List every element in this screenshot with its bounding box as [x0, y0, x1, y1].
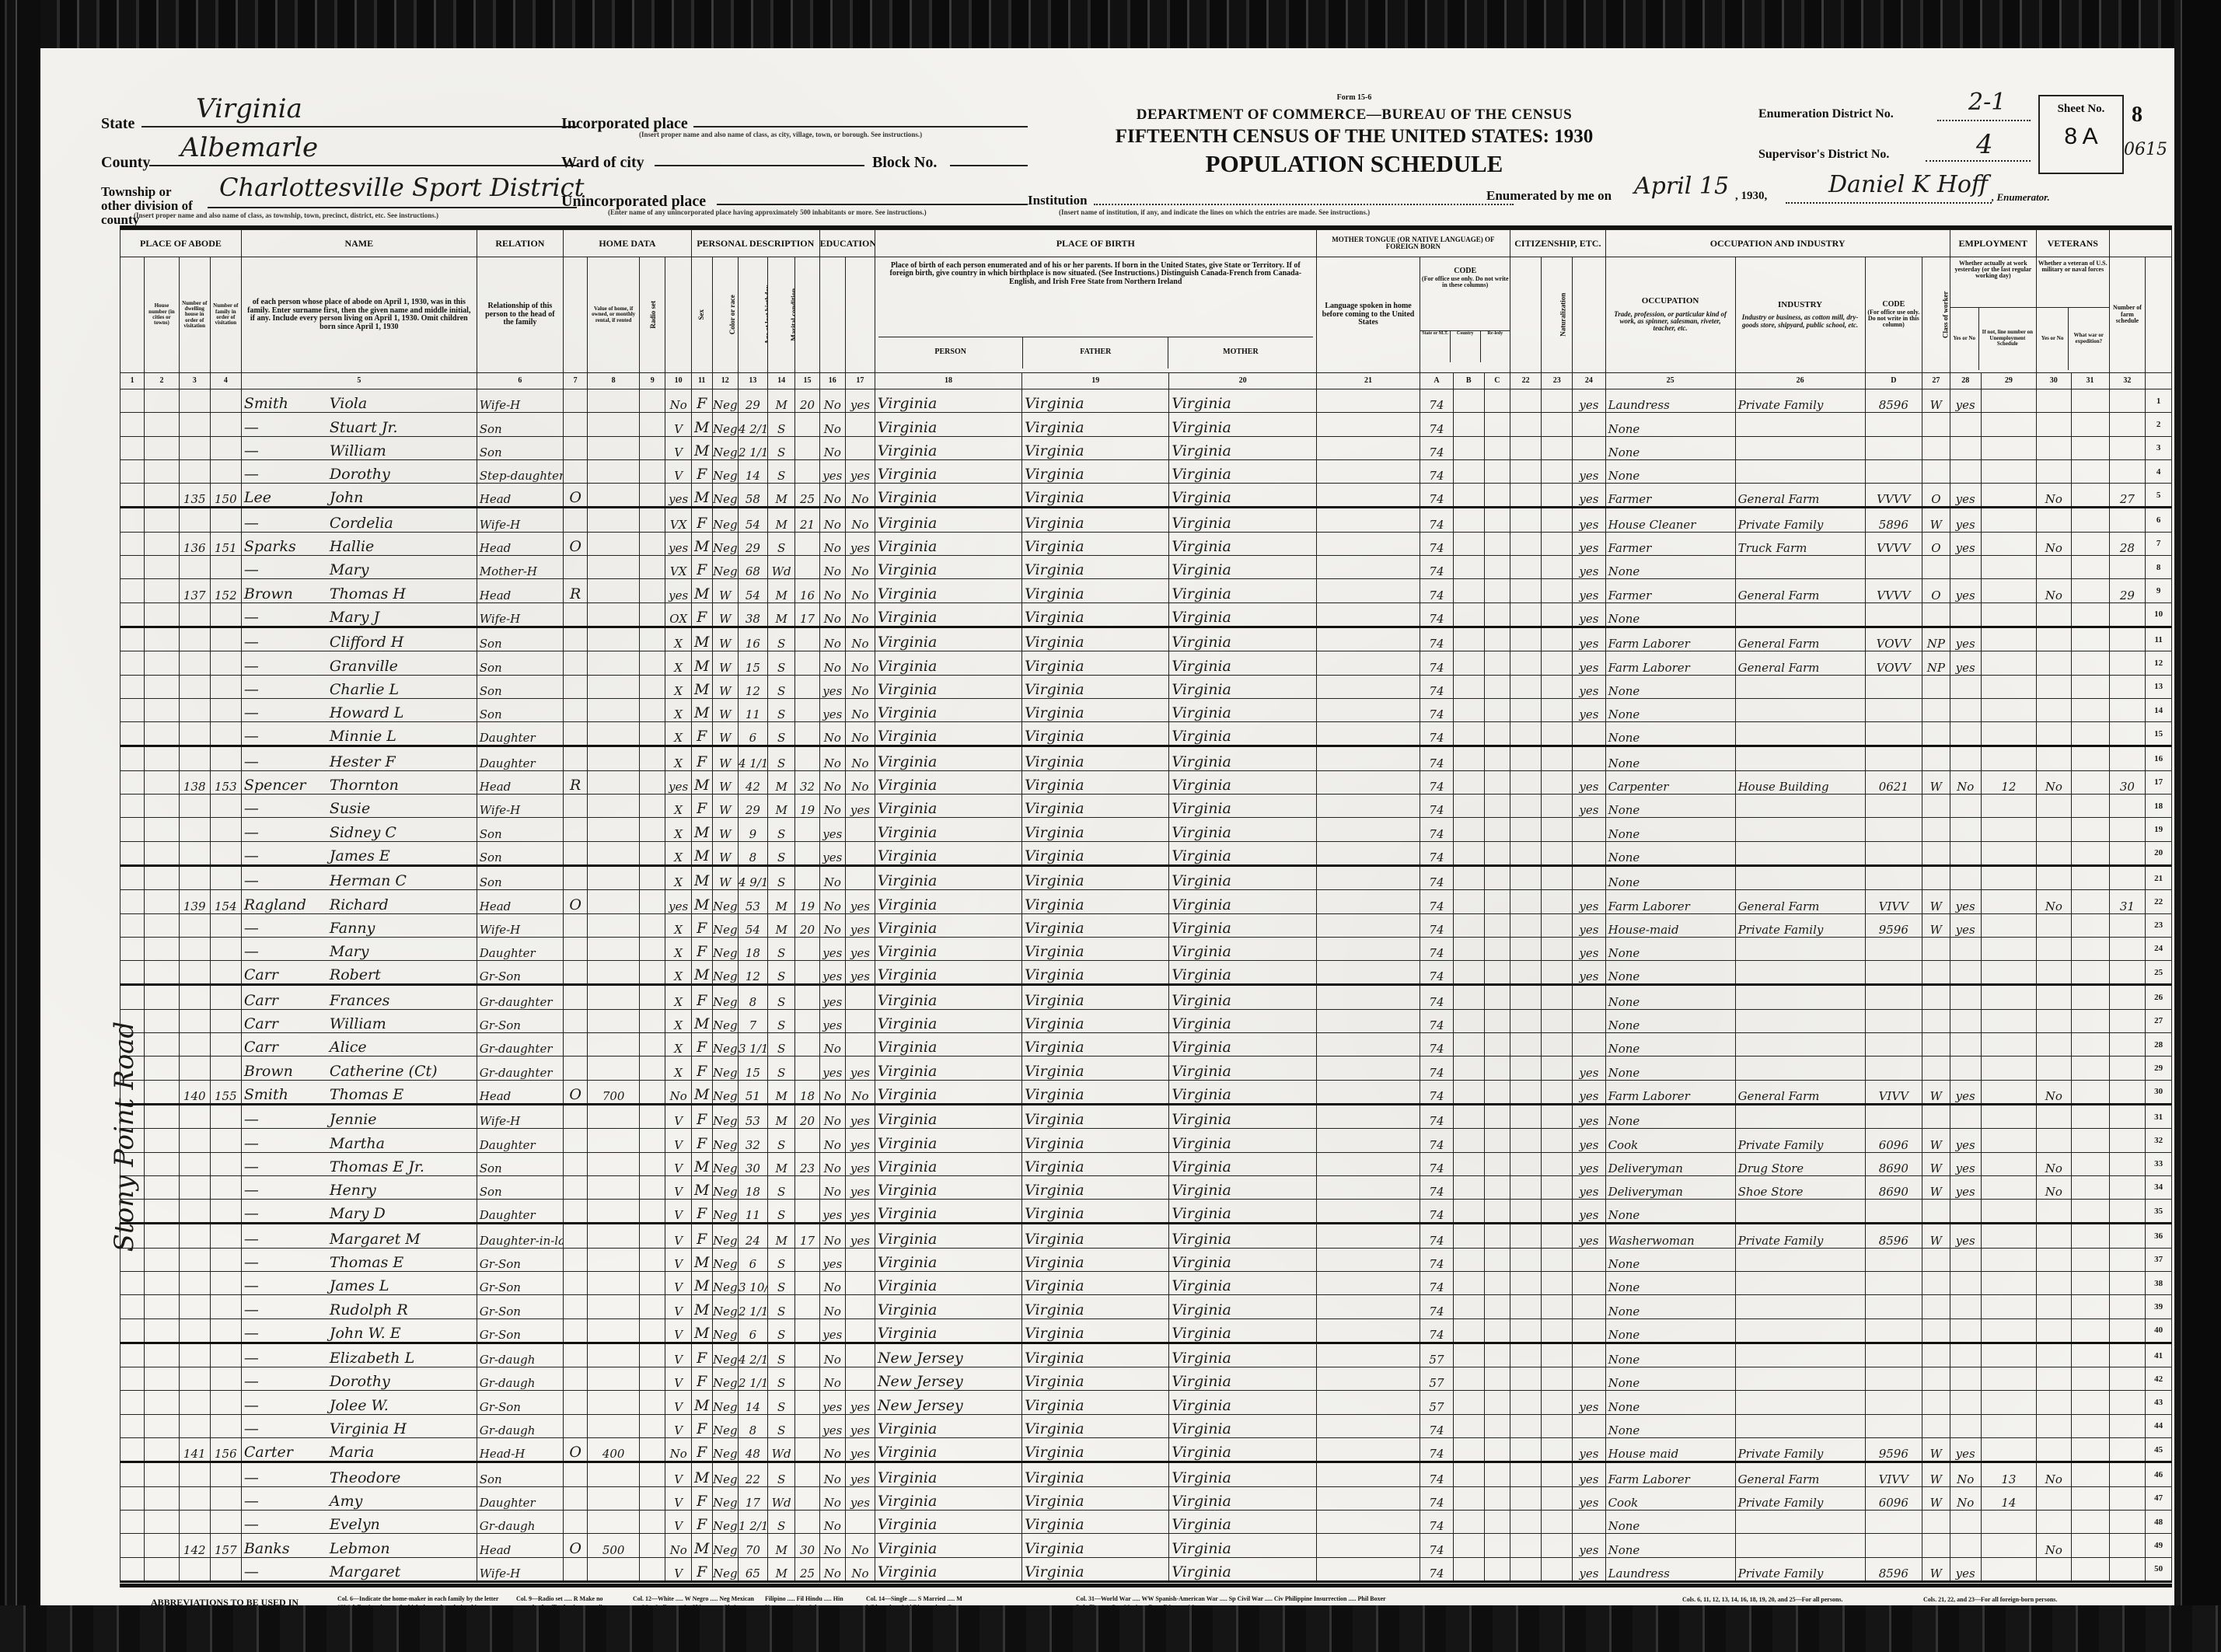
- cell-read-write: No: [846, 508, 875, 532]
- cell-dwelling-number: [179, 413, 210, 436]
- line-number: 49: [2146, 1534, 2172, 1557]
- block-line: [950, 165, 1028, 166]
- cell-war: [2071, 1367, 2109, 1391]
- cell-birthplace-mother: Virginia: [1169, 818, 1316, 841]
- industry-note: Industry or business, as cotton mill, dr…: [1738, 314, 1863, 329]
- cell-war: [2071, 627, 2109, 651]
- cell-birthplace-father: Virginia: [1022, 961, 1169, 985]
- cell-war: [2071, 1248, 2109, 1271]
- cell-family-number: [210, 1367, 241, 1391]
- cell-radio: [640, 1391, 665, 1414]
- cell-code-d: 8596: [1865, 389, 1922, 413]
- cell-occupation: Washerwoman: [1605, 1224, 1735, 1248]
- cell-unemployment-line: [1981, 841, 2036, 865]
- cell-code-b: [1453, 1175, 1484, 1199]
- given-name: Thomas E Jr.: [330, 1158, 424, 1175]
- column-number: D: [1865, 373, 1922, 389]
- cell-marital: Wd: [767, 1486, 795, 1510]
- cell-home-tenure: [564, 1557, 588, 1581]
- cell-language: [1316, 651, 1420, 675]
- cell-read-write: No: [846, 1534, 875, 1557]
- cell-immigration-year: [1510, 985, 1542, 1009]
- surname: —: [244, 1254, 330, 1271]
- cell-code-d: [1865, 1510, 1922, 1533]
- cell-farm: V: [665, 1557, 691, 1581]
- cell-farm: X: [665, 675, 691, 698]
- cell-school: No: [819, 1129, 845, 1152]
- cell-unemployment-line: [1981, 937, 2036, 960]
- cell-relation: Son: [477, 1175, 563, 1199]
- cell-marital: M: [767, 1080, 795, 1104]
- cell-birthplace-father: Virginia: [1022, 556, 1169, 579]
- cell-race: Neg: [712, 484, 738, 508]
- cell-farm-schedule: [2109, 1510, 2146, 1533]
- scan-border-left: [0, 0, 40, 1652]
- cell-dwelling-number: [179, 746, 210, 770]
- form-number: Form 15-6: [1059, 93, 1650, 102]
- cell-war: [2071, 841, 2109, 865]
- cell-code-d: VIVV: [1865, 1080, 1922, 1104]
- cell-street: [120, 1152, 145, 1175]
- cell-sex: M: [691, 579, 712, 602]
- cell-occupation: House maid: [1605, 1438, 1735, 1462]
- cell-veteran: [2037, 937, 2072, 960]
- cell-age: 2 1/12: [738, 436, 767, 459]
- cell-relation: Gr-Son: [477, 1295, 563, 1318]
- cell-race: Neg: [712, 1295, 738, 1318]
- cell-speak-english: [1573, 1295, 1605, 1318]
- cell-birthplace-mother: Virginia: [1169, 1224, 1316, 1248]
- cell-farm: V: [665, 436, 691, 459]
- cell-naturalization: [1542, 1080, 1573, 1104]
- cell-at-work: [1950, 1295, 1981, 1318]
- cell-home-tenure: [564, 865, 588, 889]
- surname: Smith: [244, 395, 330, 412]
- cell-house: [145, 722, 180, 746]
- cell-person-name: —Rudolph R: [241, 1295, 477, 1318]
- surname: —: [244, 847, 330, 864]
- cell-house: [145, 1486, 180, 1510]
- cell-birthplace-person: Virginia: [875, 627, 1021, 651]
- cell-code-b: [1453, 818, 1484, 841]
- cell-person-name: —James L: [241, 1271, 477, 1294]
- cell-occupation: Laundress: [1605, 389, 1735, 413]
- cell-house: [145, 532, 180, 555]
- cell-birthplace-father: Virginia: [1022, 532, 1169, 555]
- cell-age-at-marriage: 30: [795, 1534, 819, 1557]
- cell-farm: yes: [665, 579, 691, 602]
- cell-class-of-worker: W: [1922, 1129, 1950, 1152]
- cell-age-at-marriage: [795, 413, 819, 436]
- cell-read-write: [846, 865, 875, 889]
- cell-family-number: [210, 865, 241, 889]
- cell-farm-schedule: [2109, 795, 2146, 818]
- cell-industry: Private Family: [1735, 1557, 1865, 1581]
- cell-relation: Gr-Son: [477, 1248, 563, 1271]
- cell-race: Neg: [712, 1009, 738, 1032]
- cell-immigration-year: [1510, 698, 1542, 721]
- cell-naturalization: [1542, 389, 1573, 413]
- cell-house: [145, 890, 180, 913]
- cell-age: 48: [738, 1438, 767, 1462]
- cell-farm-schedule: [2109, 1129, 2146, 1152]
- cell-family-number: [210, 1462, 241, 1486]
- cell-occupation: None: [1605, 1104, 1735, 1128]
- cell-naturalization: [1542, 1175, 1573, 1199]
- cell-war: [2071, 1080, 2109, 1104]
- cell-home-tenure: [564, 1200, 588, 1224]
- cell-immigration-year: [1510, 1200, 1542, 1224]
- cell-farm: V: [665, 1271, 691, 1294]
- cell-immigration-year: [1510, 602, 1542, 627]
- cell-home-tenure: [564, 1009, 588, 1032]
- cell-house: [145, 1175, 180, 1199]
- cell-speak-english: yes: [1573, 1080, 1605, 1104]
- cell-occupation: None: [1605, 722, 1735, 746]
- cell-at-work: [1950, 937, 1981, 960]
- cell-radio: [640, 1414, 665, 1437]
- cell-code-a: 74: [1420, 1271, 1453, 1294]
- col-street: Street, avenue, road, etc.: [120, 257, 145, 373]
- cell-birthplace-person: Virginia: [875, 746, 1021, 770]
- line-number: 33: [2146, 1152, 2172, 1175]
- cell-sex: M: [691, 1080, 712, 1104]
- cell-occupation: None: [1605, 1057, 1735, 1080]
- cell-age: 18: [738, 1175, 767, 1199]
- cell-school: yes: [819, 841, 845, 865]
- cell-age: 53: [738, 1104, 767, 1128]
- cell-farm: X: [665, 841, 691, 865]
- cell-relation: Daughter: [477, 722, 563, 746]
- occupation-title: OCCUPATION: [1608, 297, 1733, 306]
- cell-class-of-worker: [1922, 1391, 1950, 1414]
- cell-industry: Private Family: [1735, 508, 1865, 532]
- surname: Carter: [244, 1444, 330, 1461]
- cell-birthplace-father: Virginia: [1022, 722, 1169, 746]
- cell-race: Neg: [712, 1200, 738, 1224]
- cell-at-work: [1950, 1248, 1981, 1271]
- cell-speak-english: yes: [1573, 651, 1605, 675]
- cell-immigration-year: [1510, 841, 1542, 865]
- cell-farm-schedule: [2109, 937, 2146, 960]
- surname: —: [244, 681, 330, 698]
- cell-marital: S: [767, 937, 795, 960]
- column-number: 10: [665, 373, 691, 389]
- surname: —: [244, 1350, 330, 1367]
- cell-code-a: 74: [1420, 1414, 1453, 1437]
- col-dwelling-number: Number of dwelling house in order of vis…: [179, 257, 210, 373]
- cell-farm: V: [665, 1200, 691, 1224]
- cell-family-number: [210, 985, 241, 1009]
- cell-age: 1 2/12: [738, 1510, 767, 1533]
- cell-home-value: [588, 508, 640, 532]
- cell-code-a: 74: [1420, 985, 1453, 1009]
- cell-marital: S: [767, 1295, 795, 1318]
- cell-radio: [640, 1295, 665, 1318]
- cell-language: [1316, 436, 1420, 459]
- cell-read-write: yes: [846, 795, 875, 818]
- cell-class-of-worker: O: [1922, 579, 1950, 602]
- cell-unemployment-line: [1981, 532, 2036, 555]
- cell-naturalization: [1542, 532, 1573, 555]
- cell-home-tenure: [564, 459, 588, 483]
- cell-veteran: [2037, 1486, 2072, 1510]
- cell-marital: M: [767, 770, 795, 794]
- cell-school: No: [819, 1271, 845, 1294]
- cell-naturalization: [1542, 1486, 1573, 1510]
- cell-war: [2071, 795, 2109, 818]
- cell-code-d: [1865, 722, 1922, 746]
- cell-naturalization: [1542, 1129, 1573, 1152]
- cell-read-write: [846, 1248, 875, 1271]
- cell-home-tenure: [564, 602, 588, 627]
- line-number: 26: [2146, 985, 2172, 1009]
- cell-home-value: [588, 1557, 640, 1581]
- cell-person-name: —Clifford H: [241, 627, 477, 651]
- cell-street: [120, 579, 145, 602]
- cell-street: [120, 1486, 145, 1510]
- cell-veteran: No: [2037, 1462, 2072, 1486]
- cell-occupation: None: [1605, 795, 1735, 818]
- cell-relation: Son: [477, 1152, 563, 1175]
- given-name: Minnie L: [330, 728, 396, 745]
- line-number: 13: [2146, 675, 2172, 698]
- cell-veteran: No: [2037, 1534, 2072, 1557]
- cell-immigration-year: [1510, 1438, 1542, 1462]
- cell-age-at-marriage: [795, 746, 819, 770]
- col-father: FATHER: [1023, 337, 1168, 368]
- cell-home-value: [588, 795, 640, 818]
- cell-dwelling-number: [179, 698, 210, 721]
- cell-family-number: [210, 1414, 241, 1437]
- cell-sex: M: [691, 436, 712, 459]
- surname: —: [244, 872, 330, 889]
- cell-age: 6: [738, 722, 767, 746]
- cell-street: [120, 865, 145, 889]
- cell-read-write: yes: [846, 1391, 875, 1414]
- cell-radio: [640, 818, 665, 841]
- cell-birthplace-father: Virginia: [1022, 1200, 1169, 1224]
- cell-at-work: yes: [1950, 1224, 1981, 1248]
- cell-sex: F: [691, 1057, 712, 1080]
- cell-farm-schedule: 30: [2109, 770, 2146, 794]
- cell-occupation: Deliveryman: [1605, 1175, 1735, 1199]
- cell-war: [2071, 1510, 2109, 1533]
- cell-class-of-worker: W: [1922, 1462, 1950, 1486]
- cell-house: [145, 1224, 180, 1248]
- cell-speak-english: yes: [1573, 675, 1605, 698]
- cell-read-write: [846, 1009, 875, 1032]
- cell-age: 30: [738, 1152, 767, 1175]
- cell-code-c: [1484, 818, 1510, 841]
- cell-school: yes: [819, 698, 845, 721]
- cell-home-tenure: [564, 675, 588, 698]
- cell-radio: [640, 1248, 665, 1271]
- cell-at-work: [1950, 818, 1981, 841]
- cell-birthplace-father: Virginia: [1022, 602, 1169, 627]
- cell-birthplace-mother: Virginia: [1169, 770, 1316, 794]
- cell-street: [120, 1343, 145, 1367]
- cell-age: 70: [738, 1534, 767, 1557]
- surname: —: [244, 1373, 330, 1390]
- cell-occupation: Laundress: [1605, 1557, 1735, 1581]
- cell-war: [2071, 913, 2109, 937]
- code-note: (For office use only. Do not write in th…: [1420, 276, 1510, 330]
- cell-house: [145, 1343, 180, 1367]
- cell-immigration-year: [1510, 436, 1542, 459]
- col-employment: Whether actually at work yesterday (or t…: [1950, 257, 2036, 373]
- column-number: 30: [2037, 373, 2072, 389]
- cell-naturalization: [1542, 675, 1573, 698]
- cell-home-tenure: [564, 746, 588, 770]
- cell-at-work: [1950, 698, 1981, 721]
- cell-read-write: No: [846, 722, 875, 746]
- cell-person-name: —Dorothy: [241, 459, 477, 483]
- cell-radio: [640, 389, 665, 413]
- col-birth-note: Place of birth of each person enumerated…: [875, 257, 1316, 373]
- cell-unemployment-line: [1981, 556, 2036, 579]
- cell-class-of-worker: [1922, 1510, 1950, 1533]
- cell-unemployment-line: [1981, 508, 2036, 532]
- cell-language: [1316, 413, 1420, 436]
- cell-farm-schedule: [2109, 459, 2146, 483]
- cell-birthplace-person: Virginia: [875, 985, 1021, 1009]
- cell-house: [145, 579, 180, 602]
- cell-person-name: LeeJohn: [241, 484, 477, 508]
- cell-farm: V: [665, 1295, 691, 1318]
- cell-birthplace-father: Virginia: [1022, 651, 1169, 675]
- table-row: 140155SmithThomas EHeadO700NoMNeg51M18No…: [120, 1080, 2172, 1104]
- cell-code-d: [1865, 1414, 1922, 1437]
- cell-speak-english: [1573, 985, 1605, 1009]
- line-number: 4: [2146, 459, 2172, 483]
- cell-unemployment-line: [1981, 1057, 2036, 1080]
- line-number: 30: [2146, 1080, 2172, 1104]
- cell-birthplace-mother: Virginia: [1169, 484, 1316, 508]
- cell-immigration-year: [1510, 795, 1542, 818]
- cell-birthplace-father: Virginia: [1022, 508, 1169, 532]
- cell-occupation: None: [1605, 602, 1735, 627]
- cell-immigration-year: [1510, 961, 1542, 985]
- cell-birthplace-father: Virginia: [1022, 675, 1169, 698]
- surname: Carr: [244, 1015, 330, 1032]
- given-name: Virginia H: [330, 1420, 407, 1437]
- ward-label: Ward of city: [561, 154, 644, 172]
- cell-birthplace-mother: Virginia: [1169, 746, 1316, 770]
- cell-street: [120, 1391, 145, 1414]
- line-number: 34: [2146, 1175, 2172, 1199]
- cell-birthplace-person: Virginia: [875, 436, 1021, 459]
- surname: Lee: [244, 489, 330, 506]
- cell-read-write: [846, 436, 875, 459]
- cell-school: No: [819, 1080, 845, 1104]
- cell-industry: [1735, 1009, 1865, 1032]
- cell-sex: F: [691, 722, 712, 746]
- cell-veteran: [2037, 841, 2072, 865]
- cell-marital: S: [767, 1367, 795, 1391]
- county-value: Albemarle: [180, 132, 318, 163]
- cell-age-at-marriage: [795, 1295, 819, 1318]
- group-employment: EMPLOYMENT: [1950, 230, 2036, 257]
- cell-code-b: [1453, 508, 1484, 532]
- cell-farm: X: [665, 818, 691, 841]
- cell-home-tenure: [564, 413, 588, 436]
- cell-code-c: [1484, 1129, 1510, 1152]
- cell-family-number: [210, 1295, 241, 1318]
- cell-industry: [1735, 795, 1865, 818]
- line-number: 43: [2146, 1391, 2172, 1414]
- cell-class-of-worker: [1922, 1104, 1950, 1128]
- line-number: 46: [2146, 1462, 2172, 1486]
- cell-birthplace-father: Virginia: [1022, 1080, 1169, 1104]
- cell-veteran: [2037, 722, 2072, 746]
- cell-family-number: [210, 627, 241, 651]
- cell-class-of-worker: [1922, 698, 1950, 721]
- cell-code-d: [1865, 675, 1922, 698]
- cell-relation: Head: [477, 890, 563, 913]
- cell-war: [2071, 890, 2109, 913]
- given-name: John: [330, 489, 364, 506]
- population-table: PLACE OF ABODE NAME RELATION HOME DATA P…: [120, 225, 2172, 1583]
- cell-language: [1316, 1224, 1420, 1248]
- cell-at-work: [1950, 985, 1981, 1009]
- cell-dwelling-number: [179, 818, 210, 841]
- cell-class-of-worker: [1922, 1271, 1950, 1294]
- given-name: Thomas E: [330, 1086, 403, 1103]
- cell-dwelling-number: [179, 1510, 210, 1533]
- cell-immigration-year: [1510, 1557, 1542, 1581]
- col-immigration: Year of immigration to the United States: [1510, 257, 1542, 373]
- cell-race: Neg: [712, 913, 738, 937]
- cell-person-name: —Mary: [241, 556, 477, 579]
- cell-immigration-year: [1510, 1224, 1542, 1248]
- cell-industry: [1735, 722, 1865, 746]
- cell-farm: No: [665, 389, 691, 413]
- column-number: 22: [1510, 373, 1542, 389]
- cell-naturalization: [1542, 1033, 1573, 1057]
- cell-veteran: [2037, 1200, 2072, 1224]
- cell-age-at-marriage: 17: [795, 602, 819, 627]
- cell-occupation: None: [1605, 1200, 1735, 1224]
- col-unemployment-line: If not, line number on Unemployment Sche…: [1979, 308, 2036, 370]
- cell-language: [1316, 865, 1420, 889]
- cell-industry: [1735, 556, 1865, 579]
- cell-birthplace-mother: Virginia: [1169, 675, 1316, 698]
- cell-speak-english: yes: [1573, 508, 1605, 532]
- given-name: Mary J: [330, 609, 379, 626]
- table-row: —James ESonXMW8SyesVirginiaVirginiaVirgi…: [120, 841, 2172, 865]
- cell-home-tenure: O: [564, 1080, 588, 1104]
- cell-age-at-marriage: [795, 1271, 819, 1294]
- cell-relation: Wife-H: [477, 508, 563, 532]
- cell-farm-schedule: [2109, 1057, 2146, 1080]
- cell-relation: Mother-H: [477, 556, 563, 579]
- cell-speak-english: yes: [1573, 1175, 1605, 1199]
- cell-code-d: [1865, 961, 1922, 985]
- cell-code-a: 74: [1420, 1318, 1453, 1343]
- cell-sex: M: [691, 484, 712, 508]
- cell-code-b: [1453, 1080, 1484, 1104]
- cell-code-d: [1865, 1534, 1922, 1557]
- cell-marital: S: [767, 1318, 795, 1343]
- cell-sex: F: [691, 1104, 712, 1128]
- cell-house: [145, 1295, 180, 1318]
- line-number: 10: [2146, 602, 2172, 627]
- table-row: —Hester FDaughterXFW4 1/12SNoNoVirginiaV…: [120, 746, 2172, 770]
- cell-radio: [640, 556, 665, 579]
- line-number: 50: [2146, 1557, 2172, 1581]
- cell-speak-english: [1573, 818, 1605, 841]
